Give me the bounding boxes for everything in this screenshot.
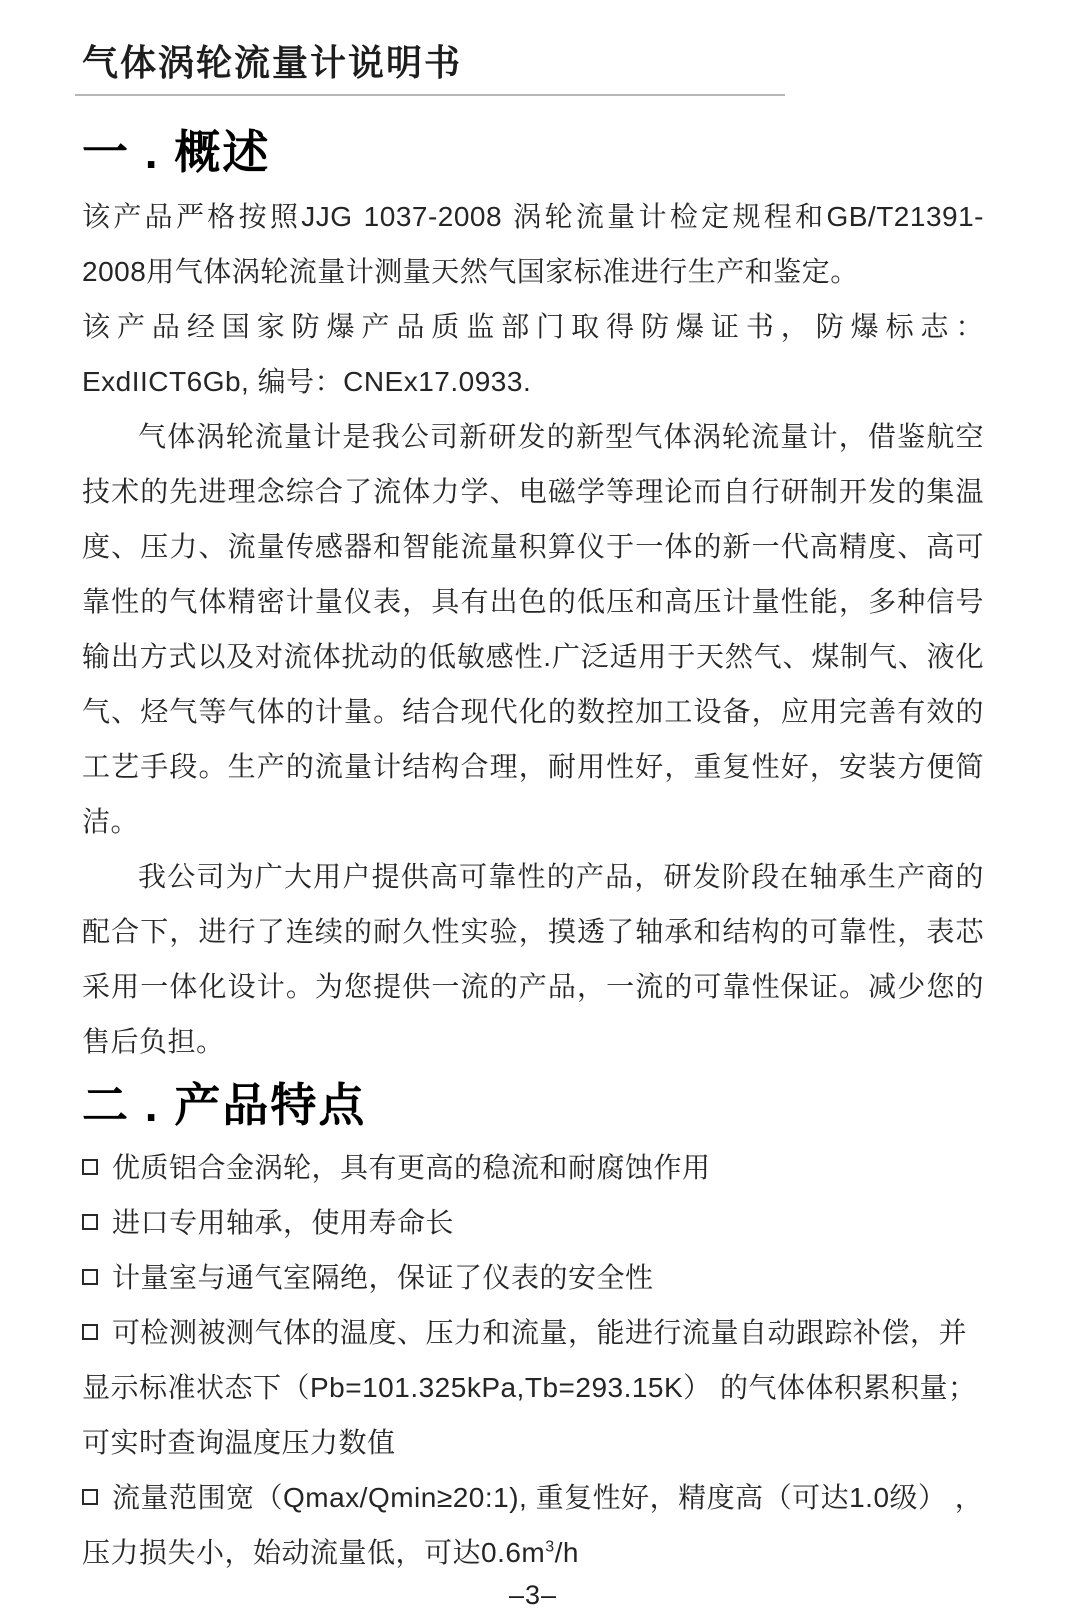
feature-text: 可检测被测气体的温度、压力和流量，能进行流量自动跟踪补偿，并显示标准状态下（Pb…	[82, 1317, 976, 1458]
feature-text: 优质铝合金涡轮，具有更高的稳流和耐腐蚀作用	[112, 1152, 711, 1183]
feature-text: 计量室与通气室隔绝，保证了仪表的安全性	[112, 1262, 654, 1293]
feature-item: 流量范围宽（Qmax/Qmin≥20:1), 重复性好，精度高（可达1.0级） …	[82, 1470, 984, 1580]
section-heading-features: 二 . 产品特点	[82, 1079, 984, 1132]
feature-text: 流量范围宽（Qmax/Qmin≥20:1), 重复性好，精度高（可达1.0级） …	[82, 1482, 983, 1568]
superscript-cubed: 3	[545, 1538, 554, 1555]
feature-item: 进口专用轴承，使用寿命长	[82, 1195, 984, 1250]
square-bullet-icon	[82, 1324, 98, 1340]
feature-item: 可检测被测气体的温度、压力和流量，能进行流量自动跟踪补偿，并显示标准状态下（Pb…	[82, 1305, 984, 1470]
manual-page: 气体涡轮流量计说明书 一 . 概述 该产品严格按照JJG 1037-2008 涡…	[0, 0, 1066, 1615]
square-bullet-icon	[82, 1269, 98, 1285]
overview-paragraph: 我公司为广大用户提供高可靠性的产品，研发阶段在轴承生产商的配合下，进行了连续的耐…	[82, 849, 984, 1069]
section-heading-overview: 一 . 概述	[82, 126, 984, 179]
title-divider	[75, 94, 785, 96]
feature-text: /h	[555, 1537, 579, 1568]
feature-item: 优质铝合金涡轮，具有更高的稳流和耐腐蚀作用	[82, 1140, 984, 1195]
square-bullet-icon	[82, 1214, 98, 1230]
document-title: 气体涡轮流量计说明书	[82, 40, 984, 85]
feature-list: 优质铝合金涡轮，具有更高的稳流和耐腐蚀作用 进口专用轴承，使用寿命长 计量室与通…	[82, 1140, 984, 1580]
feature-item: 计量室与通气室隔绝，保证了仪表的安全性	[82, 1250, 984, 1305]
overview-paragraph: 该产品经国家防爆产品质监部门取得防爆证书，防爆标志：ExdIICT6Gb, 编号…	[82, 299, 984, 409]
feature-text: 进口专用轴承，使用寿命长	[112, 1207, 454, 1238]
square-bullet-icon	[82, 1159, 98, 1175]
overview-paragraph: 气体涡轮流量计是我公司新研发的新型气体涡轮流量计，借鉴航空技术的先进理念综合了流…	[82, 409, 984, 849]
page-number: –3–	[82, 1580, 984, 1619]
overview-paragraph: 该产品严格按照JJG 1037-2008 涡轮流量计检定规程和GB/T21391…	[82, 189, 984, 299]
square-bullet-icon	[82, 1489, 98, 1505]
